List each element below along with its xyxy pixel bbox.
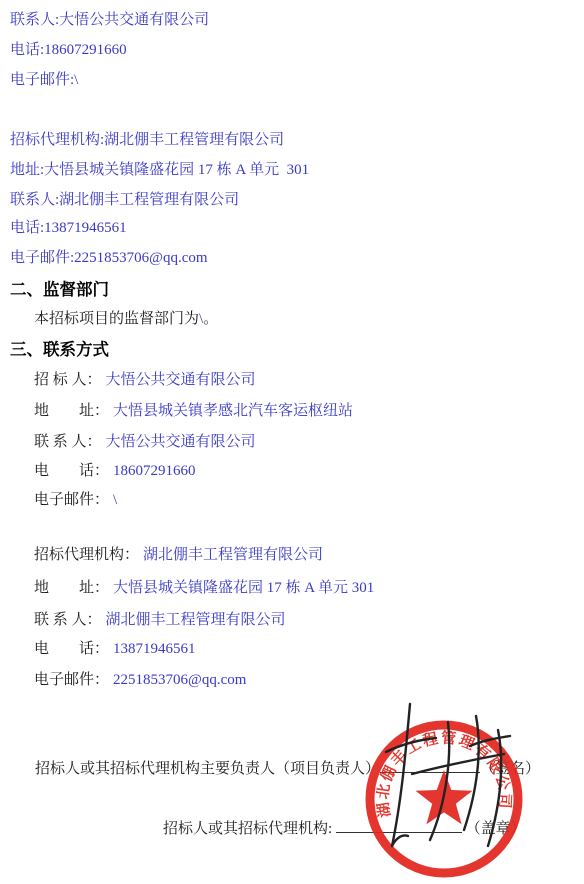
tenderer-row-email: 电子邮件：\ [34,488,117,509]
row-value: 13871946561 [113,641,196,658]
row-label: 电子邮件： [34,488,109,509]
agency-row-email: 电子邮件：2251853706@qq.com [34,668,246,689]
agency-row-phone: 电 话：13871946561 [34,637,196,658]
section3-heading: 三、联系方式 [10,336,109,360]
row-value: 18607291660 [113,463,196,480]
row-value: 大悟县城关镇隆盛花园 17 栋 A 单元 301 [113,576,374,597]
row-value: 湖北倗丰工程管理有限公司 [106,608,286,629]
section2-body-prefix: 本招标项目的监督部门为 [34,311,199,327]
signature-line-label: 招标人或其招标代理机构主要负责人（项目负责人） [35,761,380,777]
tenderer-phone: 电话:18607291660 [10,38,127,59]
row-value: 湖北倗丰工程管理有限公司 [143,543,323,564]
agency-row-address: 地 址：大悟县城关镇隆盛花园 17 栋 A 单元 301 [34,576,374,597]
row-label: 地 址： [34,576,109,597]
row-value: 大悟县城关镇孝感北汽车客运枢纽站 [113,399,353,420]
row-value: 大悟公共交通有限公司 [106,430,256,451]
row-label: 电 话： [34,637,109,658]
seal-and-signature-graphic: 湖北倗丰工程管理有限公司 [352,688,552,884]
section2-heading: 二、监督部门 [10,276,109,300]
tenderer-row-name: 招 标 人：大悟公共交通有限公司 [34,368,256,389]
tenderer-row-contact: 联 系 人：大悟公共交通有限公司 [34,430,256,451]
tenderer-row-address: 地 址：大悟县城关镇孝感北汽车客运枢纽站 [34,399,353,420]
agency-row-name: 招标代理机构：湖北倗丰工程管理有限公司 [34,543,323,564]
tender-document-page: 联系人:大悟公共交通有限公司 电话:18607291660 电子邮件:\ 招标代… [0,0,584,884]
agency-row-contact: 联 系 人：湖北倗丰工程管理有限公司 [34,608,286,629]
tenderer-row-phone: 电 话：18607291660 [34,459,196,480]
row-value: \ [113,492,117,509]
agency-contact-line: 联系人:湖北倗丰工程管理有限公司 [10,188,239,209]
row-label: 招 标 人： [34,368,102,389]
row-value: 2251853706@qq.com [113,672,246,689]
row-value: 大悟公共交通有限公司 [106,368,256,389]
agency-name-line: 招标代理机构:湖北倗丰工程管理有限公司 [10,128,284,149]
row-label: 电子邮件： [34,668,109,689]
section2-body: 本招标项目的监督部门为\。 [34,307,218,328]
row-label: 联 系 人： [34,608,102,629]
row-label: 招标代理机构： [34,543,139,564]
row-label: 联 系 人： [34,430,102,451]
tenderer-email: 电子邮件:\ [10,68,78,89]
row-label: 地 址： [34,399,109,420]
agency-address-line: 地址:大悟县城关镇隆盛花园 17 栋 A 单元 301 [10,158,309,179]
agency-phone-line: 电话:13871946561 [10,216,127,237]
section2-body-suffix: 。 [203,311,218,327]
stamp-line-label: 招标人或其招标代理机构: [163,821,336,837]
row-label: 电 话： [34,459,109,480]
agency-email-line: 电子邮件:2251853706@qq.com [10,246,208,267]
tenderer-contact-person: 联系人:大悟公共交通有限公司 [10,8,209,29]
